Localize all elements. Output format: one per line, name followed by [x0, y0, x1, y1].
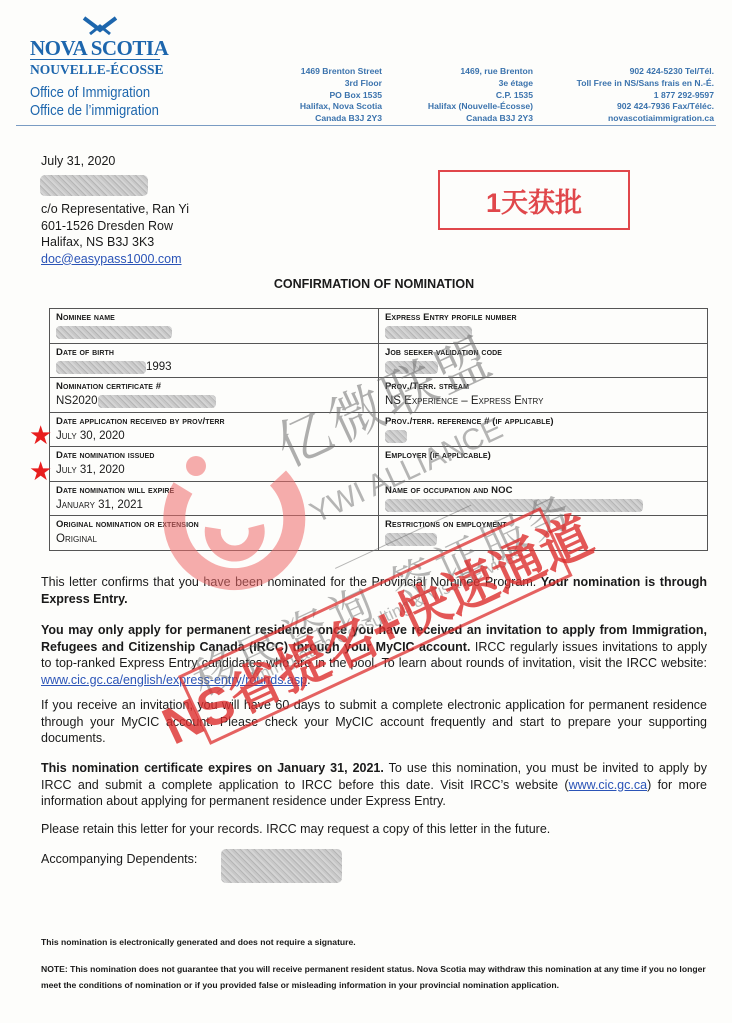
- paragraph-bold: This nomination certificate expires on J…: [41, 761, 384, 775]
- paragraph-apply: You may only apply for permanent residen…: [41, 622, 707, 688]
- table-row: Nomination certificate # NS2020 Prov./Te…: [50, 378, 708, 413]
- address-line: C.P. 1535: [428, 90, 533, 102]
- field-label: Nominee name: [56, 311, 372, 325]
- redacted-value: [56, 326, 172, 339]
- logo-name-fr: NOUVELLE-ÉCOSSE: [30, 62, 164, 78]
- letter-date: July 31, 2020: [41, 154, 115, 168]
- field-value: January 31, 2021: [56, 498, 372, 513]
- field-value: Original: [56, 532, 372, 547]
- address-line: Canada B3J 2Y3: [428, 113, 533, 125]
- field-label: Nomination certificate #: [56, 380, 372, 394]
- office-name-fr: Office de l’immigration: [30, 102, 159, 120]
- contact-info: 902 424-5230 Tel/Tél. Toll Free in NS/Sa…: [577, 66, 714, 125]
- fax: 902 424-7936 Fax/Téléc.: [577, 101, 714, 113]
- recipient-line: Halifax, NS B3J 3K3: [41, 234, 189, 251]
- nomination-certificate-cell: Nomination certificate # NS2020: [50, 378, 379, 413]
- field-value: 1993: [146, 360, 172, 375]
- paragraph-retain: Please retain this letter for your recor…: [41, 821, 707, 838]
- field-label: Name of occupation and NOC: [385, 484, 701, 498]
- address-line: Halifax (Nouvelle-Écosse): [428, 101, 533, 113]
- address-english: 1469 Brenton Street 3rd Floor PO Box 153…: [300, 66, 382, 125]
- disclaimer-note: NOTE: This nomination does not guarantee…: [41, 961, 707, 993]
- date-of-birth-cell: Date of birth 1993: [50, 343, 379, 378]
- field-label: Prov./terr. reference # (if applicable): [385, 415, 701, 429]
- paragraph-text: Please retain this letter for your recor…: [41, 822, 550, 836]
- field-label: Express Entry profile number: [385, 311, 701, 325]
- paragraph-expiry: This nomination certificate expires on J…: [41, 760, 707, 810]
- occupation-noc-cell: Name of occupation and NOC: [379, 481, 708, 516]
- address-line: 1469, rue Brenton: [428, 66, 533, 78]
- star-icon: ★: [29, 458, 52, 484]
- paragraph-invitation: If you receive an invitation, you will h…: [41, 697, 707, 747]
- field-value: NS Experience – Express Entry: [385, 394, 701, 409]
- logo-divider: [30, 59, 160, 60]
- star-icon: ★: [29, 422, 52, 448]
- saltire-flag-icon: [80, 16, 120, 36]
- field-label: Date of birth: [56, 346, 372, 360]
- website[interactable]: novascotiaimmigration.ca: [577, 113, 714, 125]
- date-received-cell: Date application received by prov/terr J…: [50, 412, 379, 447]
- recipient-address: c/o Representative, Ran Yi 601-1526 Dres…: [41, 201, 189, 267]
- reference-number-cell: Prov./terr. reference # (if applicable): [379, 412, 708, 447]
- field-value: July 30, 2020: [56, 429, 372, 444]
- employer-cell: Employer (if applicable): [379, 447, 708, 482]
- express-entry-profile-cell: Express Entry profile number: [379, 309, 708, 344]
- date-expire-cell: Date nomination will expire January 31, …: [50, 481, 379, 516]
- signature-note: This nomination is electronically genera…: [41, 934, 356, 950]
- field-label: Date nomination will expire: [56, 484, 372, 498]
- nomination-type-cell: Original nomination or extension Origina…: [50, 516, 379, 551]
- toll-free-number: 1 877 292-9597: [577, 90, 714, 102]
- redacted-value: [385, 533, 437, 546]
- recipient-line: c/o Representative, Ran Yi: [41, 201, 189, 218]
- recipient-email-link[interactable]: doc@easypass1000.com: [41, 252, 182, 266]
- letterhead-divider: [16, 125, 716, 126]
- field-label: Date application received by prov/terr: [56, 415, 372, 429]
- table-row: Date nomination issued July 31, 2020 Emp…: [50, 447, 708, 482]
- address-line: PO Box 1535: [300, 90, 382, 102]
- phone: 902 424-5230 Tel/Tél.: [577, 66, 714, 78]
- address-line: 3rd Floor: [300, 78, 382, 90]
- field-value: July 31, 2020: [56, 463, 372, 478]
- table-row: Date of birth 1993 Job seeker validation…: [50, 343, 708, 378]
- redacted-value: [385, 430, 407, 443]
- paragraph-text: This letter confirms that you have been …: [41, 575, 541, 589]
- recipient-line: 601-1526 Dresden Row: [41, 218, 189, 235]
- date-issued-cell: Date nomination issued July 31, 2020: [50, 447, 379, 482]
- field-label: Date nomination issued: [56, 449, 372, 463]
- field-label: Restrictions on employment: [385, 518, 701, 532]
- employment-restrictions-cell: Restrictions on employment: [379, 516, 708, 551]
- address-line: Canada B3J 2Y3: [300, 113, 382, 125]
- field-label: Original nomination or extension: [56, 518, 372, 532]
- redacted-value: [385, 326, 472, 339]
- paragraph-confirmation: This letter confirms that you have been …: [41, 574, 707, 607]
- paragraph-text: .: [307, 673, 310, 687]
- table-row: Date nomination will expire January 31, …: [50, 481, 708, 516]
- address-line: 3e étage: [428, 78, 533, 90]
- address-line: 1469 Brenton Street: [300, 66, 382, 78]
- ircc-rounds-link[interactable]: www.cic.gc.ca/english/express-entry/roun…: [41, 673, 307, 687]
- stream-cell: Prov./Terr. stream NS Experience – Expre…: [379, 378, 708, 413]
- toll-free-label: Toll Free in NS/Sans frais en N.-É.: [577, 78, 714, 90]
- logo-name: NOVA SCOTIA: [30, 36, 168, 61]
- field-label: Employer (if applicable): [385, 449, 701, 463]
- address-line: Halifax, Nova Scotia: [300, 101, 382, 113]
- field-value: NS2020: [56, 394, 98, 409]
- ircc-website-link[interactable]: www.cic.gc.ca: [569, 778, 648, 792]
- job-seeker-code-cell: Job seeker validation code: [379, 343, 708, 378]
- nominee-name-cell: Nominee name: [50, 309, 379, 344]
- field-label: Job seeker validation code: [385, 346, 701, 360]
- redacted-value: [385, 361, 438, 374]
- address-french: 1469, rue Brenton 3e étage C.P. 1535 Hal…: [428, 66, 533, 125]
- table-row: Original nomination or extension Origina…: [50, 516, 708, 551]
- redacted-value: [385, 499, 643, 512]
- redacted-value: [98, 395, 216, 408]
- table-row: Date application received by prov/terr J…: [50, 412, 708, 447]
- table-row: Nominee name Express Entry profile numbe…: [50, 309, 708, 344]
- dependents-label: Accompanying Dependents:: [41, 852, 197, 866]
- paragraph-text: If you receive an invitation, you will h…: [41, 698, 707, 745]
- redacted-recipient-name: [40, 175, 148, 196]
- redacted-dependents: [221, 849, 342, 883]
- office-name: Office of Immigration Office de l’immigr…: [30, 84, 173, 120]
- approval-badge: 1天获批: [438, 170, 630, 230]
- field-label: Prov./Terr. stream: [385, 380, 701, 394]
- office-name-en: Office of Immigration: [30, 84, 159, 102]
- document-title: CONFIRMATION OF NOMINATION: [0, 277, 732, 291]
- nomination-details-table: Nominee name Express Entry profile numbe…: [49, 308, 708, 551]
- redacted-value: [56, 361, 146, 374]
